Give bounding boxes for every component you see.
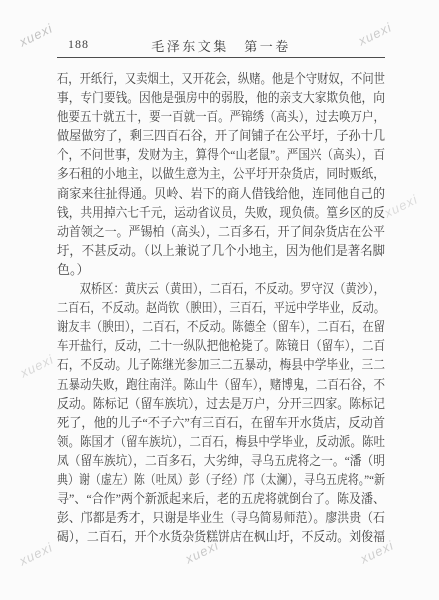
watermark-text: xuexi	[18, 352, 56, 381]
text-line: 凤（留车族坑），二百多石，大劣绅，寻乌五虎将之一。“潘（明	[57, 451, 385, 470]
text-line: 五暴动失败，跑往南洋。陈山牛（留车），赌博鬼，二百石谷，不	[57, 375, 385, 394]
book-title: 毛泽东文集 第一卷	[57, 36, 385, 55]
text-line: 典）谢（虚左）陈（吐凤）彭（子经）邝（太澜），寻乌五虎将。”“新	[57, 470, 385, 489]
text-line: 事，专门要钱。因他是强房中的弱股，他的亲支大家欺负他，向	[57, 88, 385, 107]
watermark-text: xuexi	[17, 21, 55, 50]
watermark-text: xuexi	[17, 540, 55, 569]
text-line: 色。）	[57, 260, 385, 279]
body-text: 石，开纸行，又卖烟土，又开花会，纵赌。他是个守财奴，不问世事，专门要钱。因他是强…	[57, 69, 385, 546]
text-line: 石，开纸行，又卖烟土，又开花会，纵赌。他是个守财奴，不问世	[57, 69, 385, 88]
text-line: 谢友丰（腴田），二百石，不反动。陈德全（留车），二百石，在留	[57, 317, 385, 336]
text-line: 反动。陈标记（留车族坑），过去是万户，分开三四家。陈标记	[57, 394, 385, 413]
text-line: 圩，不甚反动。（以上兼说了几个小地主，因为他们是著名脚	[57, 241, 385, 260]
text-line: 碣），二百石，开个水货杂货糕饼店在枫山圩，不反动。刘俊福	[57, 527, 385, 546]
text-line: 钱，共用掉六七千元，运动省议员，失败，现负债。篁乡区的反	[57, 203, 385, 222]
text-line: 个，不问世事，发财为主，算得个“山老鼠”。严国兴（高头），百	[57, 145, 385, 164]
text-line: 寻”、“合作”两个新派起来后，老的五虎将就倒台了。陈及潘、	[57, 489, 385, 508]
text-line: 石，不反动。儿子陈继光参加三二五暴动，梅县中学毕业，三二	[57, 355, 385, 374]
watermark-text: xuexi	[382, 192, 420, 221]
text-line: 车开盐行，反动，二十一纵队把他枪毙了。陈镜日（留车），二百	[57, 336, 385, 355]
text-line: 商家来往扯得通。贝岭、岩下的商人借钱给他，连同他自己的	[57, 184, 385, 203]
text-line: 二百石，不反动。赵尚钦（腴田），三百石，平远中学毕业，反动。	[57, 298, 385, 317]
text-line: 领。陈国才（留车族坑），二百石，梅县中学毕业，反动派。陈吐	[57, 432, 385, 451]
text-line: 他要五十就五十，要一百就一百。严锦绣（高头），过去唤万户，	[57, 107, 385, 126]
text-line: 多石租的小地主，以做生意为主，公平圩开杂货店，同时贩纸，	[57, 164, 385, 183]
text-line: 双桥区：黄庆云（黄田），二百石，不反动。罗守汉（黄沙），	[57, 279, 385, 298]
header-rule	[57, 57, 385, 58]
book-page: xuexixuexixuexixuexixuexixuexixuexi 188 …	[0, 0, 439, 600]
text-line: 死了，他的儿子“不子六”有三百石，在留车开水货店，反动首	[57, 413, 385, 432]
text-line: 做屋做穷了，剩三四百石谷，开了间铺子在公平圩，子孙十几	[57, 126, 385, 145]
text-line: 彭、邝都是秀才，只谢是毕业生（寻乌简易师范）。廖洪贵（石	[57, 508, 385, 527]
text-line: 动首领之一。严锡柏（高头），二百多石，开了间杂货店在公平	[57, 222, 385, 241]
